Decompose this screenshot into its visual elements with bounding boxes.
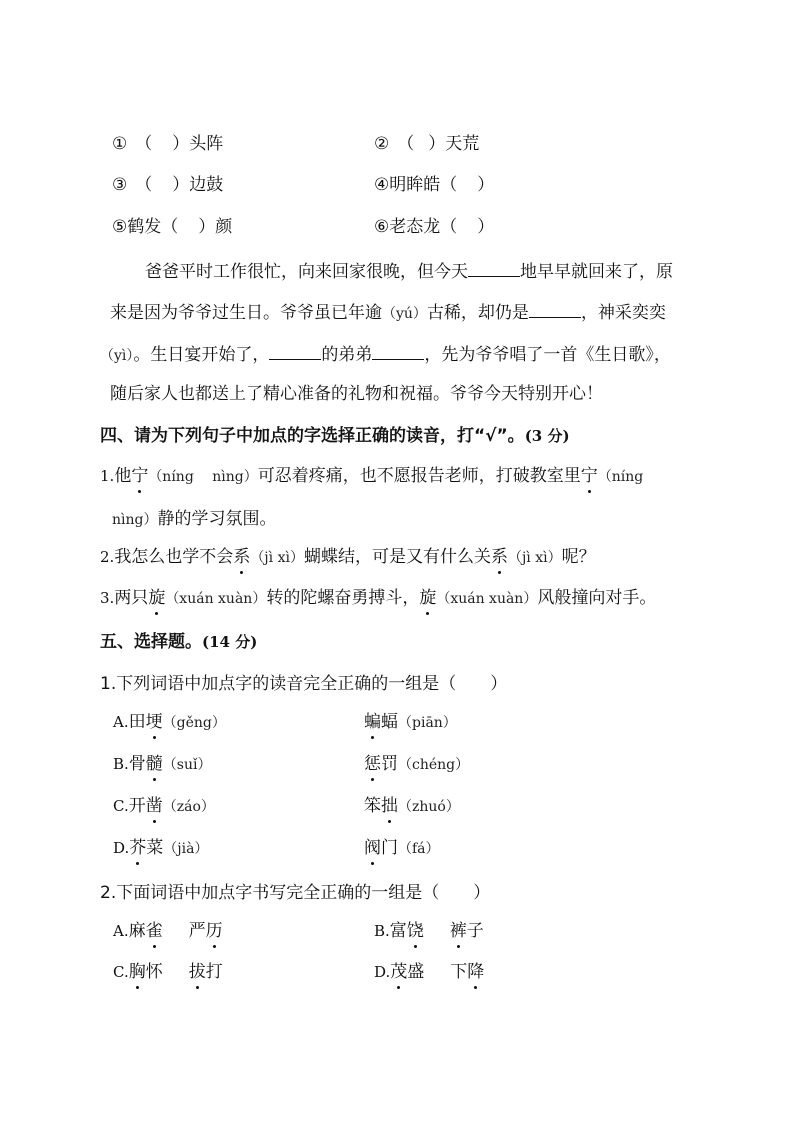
- idiom-item-6: ⑥老态龙（）: [374, 215, 494, 239]
- dotted-char: 茂: [390, 960, 407, 984]
- dotted-char: 系: [233, 545, 250, 569]
- idiom-item-3: ③（）边鼓: [112, 173, 223, 197]
- fill-blank-2[interactable]: [529, 299, 581, 318]
- pinyin-choice[interactable]: （níng nìng）: [148, 469, 257, 485]
- fill-blank-1[interactable]: [468, 258, 520, 277]
- dotted-char: 拙: [381, 794, 398, 818]
- paragraph-line-1: 爸爸平时工作很忙，向来回家很晚，但今天地早早就回来了，原: [145, 258, 673, 284]
- dotted-char: 系: [491, 545, 508, 569]
- dotted-char: 降: [467, 960, 484, 984]
- option-a[interactable]: A.田埂（gěng）: [113, 710, 226, 735]
- exam-page: ①（）头阵 ②（）天荒 ③（）边鼓 ④明眸皓（） ⑤鹤发（）颜 ⑥老态龙（） 爸…: [0, 0, 793, 1122]
- section-4-q1-line-1: 1.他宁（níng nìng）可忍着疼痛，也不愿报告老师，打破教室里宁（níng: [100, 464, 643, 489]
- pinyin-choice[interactable]: （jì xì）: [250, 550, 304, 566]
- option-b[interactable]: B.骨髓（suǐ）: [113, 752, 211, 777]
- dotted-char: 拔: [189, 960, 206, 984]
- section-4-q2: 2.我怎么也学不会系（jì xì）蝴蝶结，可是又有什么关系（jì xì）呢？: [100, 545, 596, 570]
- option-c[interactable]: C.开凿（záo）: [113, 794, 215, 819]
- dotted-char: 旋: [419, 586, 436, 610]
- q2-option-d[interactable]: D.茂盛下降: [374, 960, 484, 984]
- idiom-item-1: ①（）头阵: [112, 132, 223, 156]
- q2-option-c[interactable]: C.胸怀拔打: [113, 960, 223, 984]
- q2-option-b[interactable]: B.富饶裤子: [374, 919, 484, 943]
- paragraph-line-2: 来是因为爷爷过生日。爷爷虽已年逾（yú）古稀，却仍是，神采奕奕: [110, 299, 666, 326]
- paragraph-line-4: 随后家人也都送上了精心准备的礼物和祝福。爷爷今天特别开心！: [110, 382, 603, 406]
- dotted-char: 埂: [146, 710, 163, 734]
- option-d[interactable]: D.芥菜（jià）: [113, 836, 208, 861]
- option-a-word-2: 蝙蝠（piān）: [364, 710, 457, 735]
- option-d-word-2: 阀门（fá）: [364, 836, 440, 861]
- dotted-char: 胸: [129, 960, 146, 984]
- dotted-char: 旋: [148, 586, 165, 610]
- dotted-char: 蝙: [364, 710, 381, 734]
- pinyin-choice[interactable]: （xuán xuàn）: [436, 591, 537, 607]
- dotted-char: 历: [206, 919, 223, 943]
- fill-blank-4[interactable]: [372, 341, 424, 360]
- dotted-char: 宁: [581, 464, 598, 488]
- dotted-char: 宁: [131, 464, 148, 488]
- dotted-char: 裤: [450, 919, 467, 943]
- pinyin-choice[interactable]: nìng）: [112, 512, 157, 528]
- section-4-title: 四、请为下列句子中加点的字选择正确的读音，打“√”。(3 分): [100, 424, 570, 448]
- dotted-char: 阀: [364, 836, 381, 860]
- section-4-q3: 3.两只旋（xuán xuàn）转的陀螺奋勇搏斗，旋（xuán xuàn）风般撞…: [100, 586, 656, 611]
- dotted-char: 惩: [364, 752, 381, 776]
- dotted-char: 芥: [129, 836, 146, 860]
- pinyin-choice[interactable]: （xuán xuàn）: [165, 591, 266, 607]
- pinyin-choice[interactable]: （jì xì）: [508, 550, 562, 566]
- section-5-title: 五、选择题。(14 分): [100, 630, 257, 654]
- idiom-item-2: ②（）天荒: [374, 132, 479, 156]
- pinyin-choice[interactable]: （níng: [598, 469, 643, 485]
- section-4-q1-line-2: nìng）静的学习氛围。: [112, 507, 276, 532]
- paragraph-line-3: （yì）。生日宴开始了，的弟弟，先为爷爷唱了一首《生日歌》，: [100, 341, 671, 368]
- option-b-word-2: 惩罚（chéng）: [364, 752, 469, 777]
- section-5-q2-prompt: 2.下面词语中加点字书写完全正确的一组是（ ）: [100, 881, 490, 905]
- dotted-char: 凿: [146, 794, 163, 818]
- q2-option-a[interactable]: A.麻雀严历: [113, 919, 223, 943]
- section-5-q1-prompt: 1.下列词语中加点字的读音完全正确的一组是（ ）: [100, 672, 507, 696]
- dotted-char: 饶: [407, 919, 424, 943]
- idiom-item-5: ⑤鹤发（）颜: [112, 215, 232, 239]
- dotted-char: 髓: [146, 752, 163, 776]
- dotted-char: 雀: [146, 919, 163, 943]
- option-c-word-2: 笨拙（zhuó）: [364, 794, 460, 819]
- fill-blank-3[interactable]: [269, 341, 321, 360]
- idiom-item-4: ④明眸皓（）: [374, 173, 494, 197]
